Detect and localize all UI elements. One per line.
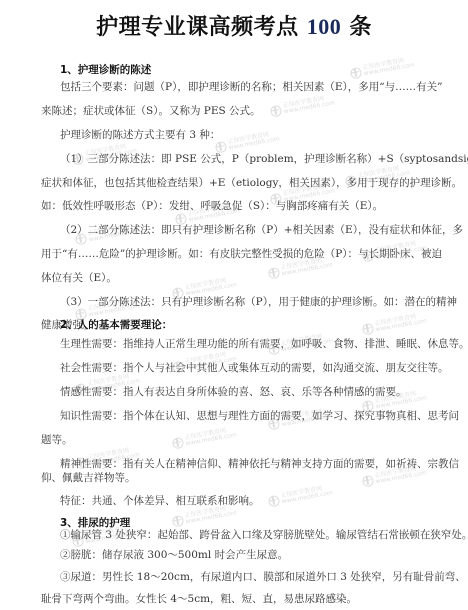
paragraph-line: ③尿道：男性长 18～20cm，有尿道内口、膜部和尿道外口 3 处狭窄，另有耻骨… (60, 570, 466, 584)
title-number: 100 (307, 14, 342, 39)
watermark: 正保医学教育网www.med66.com (349, 56, 415, 79)
watermark-logo-icon (172, 286, 185, 299)
paragraph-line: 知识性需要：指个体在认知、思想与理性方面的需要，如学习、探究事物真相、思考问 (60, 409, 459, 423)
watermark-logo-icon (362, 474, 375, 487)
paragraph-line: ②膀胱：储存尿液 300～500ml 时会产生尿意。 (60, 548, 288, 562)
watermark-logo-icon (268, 266, 281, 279)
watermark-logo-icon (172, 436, 185, 449)
watermark-text: 正保医学教育网www.med66.com (374, 312, 427, 333)
paragraph-line: 社会性需要：指个人与社会中其他人或集体互动的需要，如沟通交流、朋友交往等。 (60, 361, 449, 375)
paragraph-line: 耻骨下弯两个弯曲。女性长 4～5cm，粗、短、直，易患尿路感染。 (41, 592, 357, 606)
watermark-logo-icon (75, 307, 88, 320)
paragraph-line: 仰、佩戴吉祥物等。 (41, 471, 136, 485)
watermark-logo-icon (215, 140, 228, 153)
watermark-logo-icon (362, 249, 375, 262)
watermark-logo-icon (175, 212, 188, 225)
watermark-logo-icon (75, 456, 88, 469)
watermark: 正保医学教育网www.med66.com (267, 332, 333, 355)
watermark-logo-icon (268, 417, 281, 430)
paragraph-line: 来陈述；症状或体征（S）。又称为 PES 公式。 (41, 104, 261, 118)
watermark-text: 正保医学教育网www.med66.com (280, 484, 333, 505)
watermark-text: 正保医学教育网www.med66.com (282, 94, 335, 115)
paragraph-line: 包括三个要素：问题（P），即护理诊断的名称；相关因素（E），多用“与……有关” (60, 80, 442, 94)
watermark-logo-icon (362, 322, 375, 335)
title-text: 护理专业课高频考点 (96, 15, 307, 40)
watermark-logo-icon (75, 232, 88, 245)
watermark: 正保医学教育网www.med66.com (214, 130, 280, 153)
watermark-logo-icon (345, 174, 358, 187)
paragraph-line: 生理性需要：指维持人正常生理功能的所有需要，如呼吸、食物、排泄、睡眠、休息等。 (60, 337, 468, 351)
watermark-logo-icon (72, 534, 85, 547)
title-suffix: 条 (341, 15, 372, 40)
watermark-logo-icon (72, 152, 85, 165)
watermark: 正保医学教育网www.med66.com (269, 94, 335, 117)
section-heading: 1、护理诊断的陈述 (60, 62, 151, 77)
watermark-text: 正保医学教育网www.med66.com (362, 56, 415, 77)
watermark-logo-icon (172, 360, 185, 373)
watermark-logo-icon (172, 514, 185, 527)
watermark: 正保医学教育网www.med66.com (361, 312, 427, 335)
watermark-logo-icon (270, 192, 283, 205)
watermark-logo-icon (350, 66, 363, 79)
watermark-logo-icon (270, 104, 283, 117)
watermark-logo-icon (268, 342, 281, 355)
page-title: 护理专业课高频考点 100 条 (0, 10, 468, 41)
watermark: 正保医学教育网www.med66.com (171, 426, 237, 449)
watermark-text: 正保医学教育网www.med66.com (184, 426, 237, 447)
watermark-logo-icon (75, 382, 88, 395)
paragraph-line: 体位有关（E）。 (41, 271, 117, 285)
paragraph-line: 题等。 (41, 433, 73, 447)
watermark: 正保医学教育网www.med66.com (267, 484, 333, 507)
paragraph-line: 护理诊断的陈述方式主要有 3 种： (60, 128, 220, 142)
watermark-logo-icon (268, 494, 281, 507)
watermark-logo-icon (362, 399, 375, 412)
watermark-text: 正保医学教育网www.med66.com (227, 130, 280, 151)
